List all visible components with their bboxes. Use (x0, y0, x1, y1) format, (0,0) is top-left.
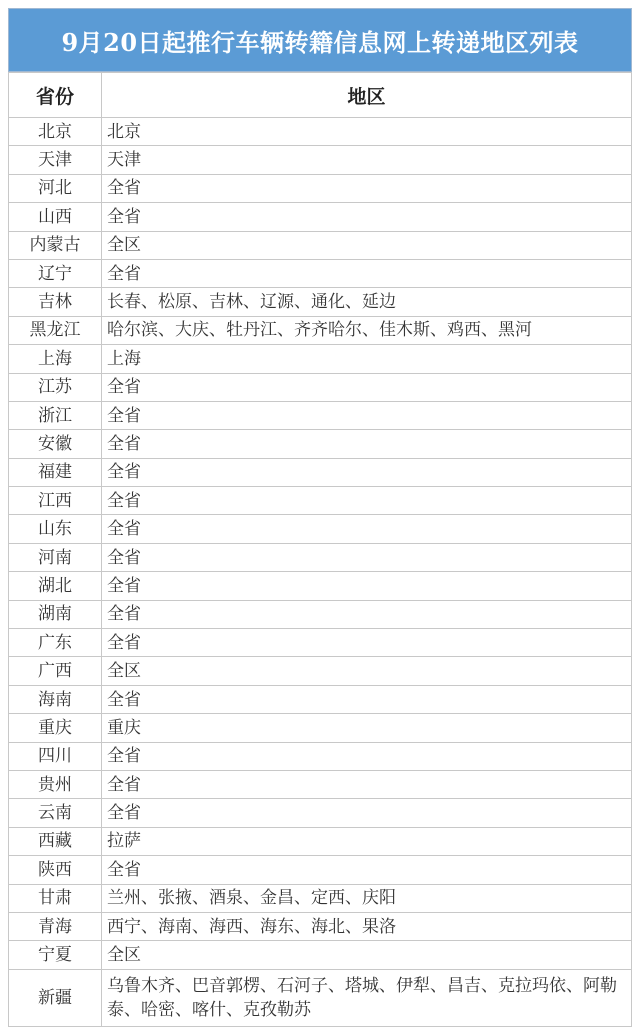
province-cell: 海南 (9, 685, 102, 713)
area-cell: 全省 (102, 799, 632, 827)
table-row: 西藏拉萨 (9, 827, 632, 855)
area-cell: 全区 (102, 231, 632, 259)
area-cell: 全省 (102, 856, 632, 884)
table-row: 吉林长春、松原、吉林、辽源、通化、延边 (9, 288, 632, 316)
table-row: 新疆乌鲁木齐、巴音郭楞、石河子、塔城、伊犁、昌吉、克拉玛依、阿勒泰、哈密、喀什、… (9, 969, 632, 1026)
area-cell: 长春、松原、吉林、辽源、通化、延边 (102, 288, 632, 316)
province-cell: 上海 (9, 345, 102, 373)
table-row: 辽宁全省 (9, 259, 632, 287)
area-cell: 全省 (102, 487, 632, 515)
table-row: 黑龙江哈尔滨、大庆、牡丹江、齐齐哈尔、佳木斯、鸡西、黑河 (9, 316, 632, 344)
province-cell: 陕西 (9, 856, 102, 884)
province-cell: 四川 (9, 742, 102, 770)
area-cell: 全省 (102, 203, 632, 231)
table-row: 内蒙古全区 (9, 231, 632, 259)
area-cell: 全省 (102, 430, 632, 458)
area-cell: 天津 (102, 146, 632, 174)
area-cell: 全省 (102, 458, 632, 486)
area-cell: 全省 (102, 572, 632, 600)
province-cell: 吉林 (9, 288, 102, 316)
area-cell: 全省 (102, 770, 632, 798)
table-row: 上海上海 (9, 345, 632, 373)
province-cell: 湖南 (9, 600, 102, 628)
area-cell: 兰州、张掖、酒泉、金昌、定西、庆阳 (102, 884, 632, 912)
province-cell: 重庆 (9, 714, 102, 742)
table-row: 山西全省 (9, 203, 632, 231)
area-cell: 重庆 (102, 714, 632, 742)
province-cell: 河南 (9, 543, 102, 571)
area-cell: 哈尔滨、大庆、牡丹江、齐齐哈尔、佳木斯、鸡西、黑河 (102, 316, 632, 344)
province-cell: 云南 (9, 799, 102, 827)
area-cell: 全省 (102, 174, 632, 202)
province-cell: 浙江 (9, 401, 102, 429)
area-cell: 全省 (102, 685, 632, 713)
province-cell: 内蒙古 (9, 231, 102, 259)
province-cell: 江西 (9, 487, 102, 515)
table-row: 河南全省 (9, 543, 632, 571)
province-cell: 湖北 (9, 572, 102, 600)
province-cell: 河北 (9, 174, 102, 202)
area-cell: 全省 (102, 259, 632, 287)
area-cell: 全省 (102, 629, 632, 657)
province-cell: 广西 (9, 657, 102, 685)
area-cell: 全区 (102, 657, 632, 685)
province-cell: 黑龙江 (9, 316, 102, 344)
table-title: 9月20日起推行车辆转籍信息网上转递地区列表 (8, 8, 632, 72)
table-row: 青海西宁、海南、海西、海东、海北、果洛 (9, 912, 632, 940)
table-row: 河北全省 (9, 174, 632, 202)
table-header-row: 省份 地区 (9, 73, 632, 118)
table-row: 江西全省 (9, 487, 632, 515)
table-row: 宁夏全区 (9, 941, 632, 969)
table-row: 山东全省 (9, 515, 632, 543)
area-cell: 全省 (102, 742, 632, 770)
province-cell: 广东 (9, 629, 102, 657)
table-row: 海南全省 (9, 685, 632, 713)
table-row: 湖南全省 (9, 600, 632, 628)
province-cell: 福建 (9, 458, 102, 486)
table-row: 广西全区 (9, 657, 632, 685)
province-cell: 新疆 (9, 969, 102, 1026)
table-row: 云南全省 (9, 799, 632, 827)
column-header-province: 省份 (9, 73, 102, 118)
table-row: 四川全省 (9, 742, 632, 770)
area-cell: 全省 (102, 543, 632, 571)
area-cell: 全省 (102, 600, 632, 628)
area-cell: 全省 (102, 373, 632, 401)
table-row: 安徽全省 (9, 430, 632, 458)
table-row: 北京北京 (9, 118, 632, 146)
region-table: 省份 地区 北京北京天津天津河北全省山西全省内蒙古全区辽宁全省吉林长春、松原、吉… (8, 72, 632, 1027)
province-cell: 江苏 (9, 373, 102, 401)
province-cell: 北京 (9, 118, 102, 146)
table-row: 湖北全省 (9, 572, 632, 600)
province-cell: 天津 (9, 146, 102, 174)
area-cell: 乌鲁木齐、巴音郭楞、石河子、塔城、伊犁、昌吉、克拉玛依、阿勒泰、哈密、喀什、克孜… (102, 969, 632, 1026)
province-cell: 甘肃 (9, 884, 102, 912)
area-cell: 全省 (102, 401, 632, 429)
province-cell: 宁夏 (9, 941, 102, 969)
area-cell: 西宁、海南、海西、海东、海北、果洛 (102, 912, 632, 940)
column-header-area: 地区 (102, 73, 632, 118)
area-cell: 拉萨 (102, 827, 632, 855)
area-cell: 全区 (102, 941, 632, 969)
area-cell: 北京 (102, 118, 632, 146)
province-cell: 辽宁 (9, 259, 102, 287)
table-row: 福建全省 (9, 458, 632, 486)
table-row: 天津天津 (9, 146, 632, 174)
table-row: 陕西全省 (9, 856, 632, 884)
table-row: 甘肃兰州、张掖、酒泉、金昌、定西、庆阳 (9, 884, 632, 912)
province-cell: 青海 (9, 912, 102, 940)
table-row: 浙江全省 (9, 401, 632, 429)
table-row: 广东全省 (9, 629, 632, 657)
table-row: 重庆重庆 (9, 714, 632, 742)
area-cell: 上海 (102, 345, 632, 373)
province-cell: 西藏 (9, 827, 102, 855)
province-cell: 安徽 (9, 430, 102, 458)
region-list-document: 9月20日起推行车辆转籍信息网上转递地区列表 省份 地区 北京北京天津天津河北全… (8, 8, 632, 1027)
province-cell: 贵州 (9, 770, 102, 798)
table-row: 贵州全省 (9, 770, 632, 798)
table-row: 江苏全省 (9, 373, 632, 401)
province-cell: 山西 (9, 203, 102, 231)
province-cell: 山东 (9, 515, 102, 543)
area-cell: 全省 (102, 515, 632, 543)
